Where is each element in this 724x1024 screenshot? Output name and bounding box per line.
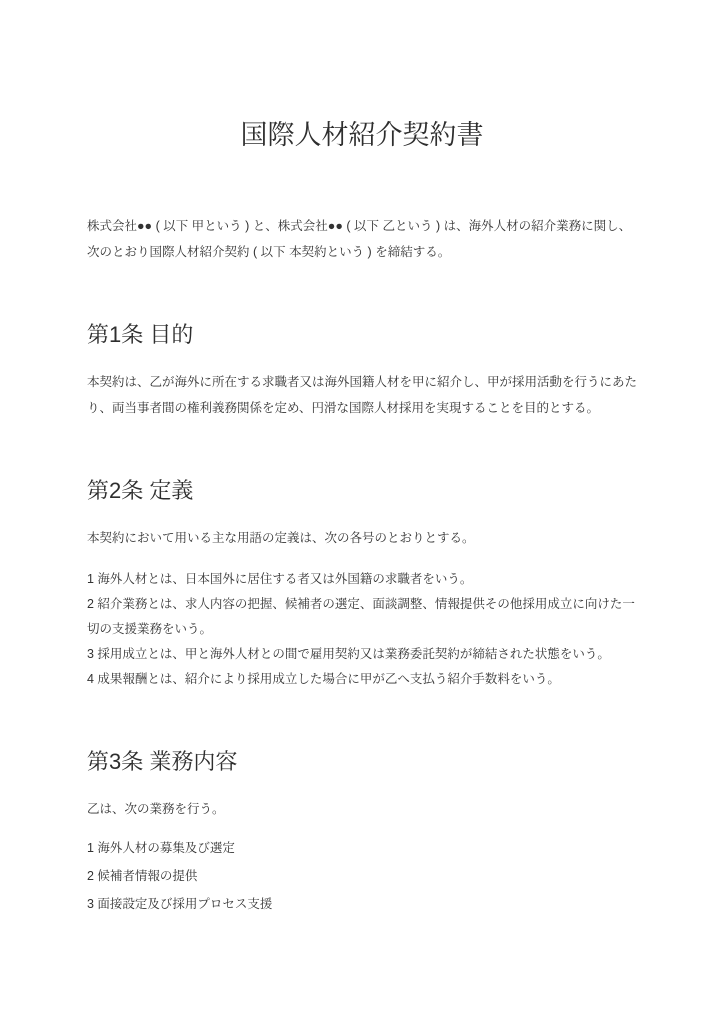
definition-item-1: 1 海外人材とは、日本国外に居住する者又は外国籍の求職者をいう。 [87,567,637,592]
services-list: 1 海外人材の募集及び選定 2 候補者情報の提供 3 面接設定及び採用プロセス支… [87,836,637,917]
preamble-paragraph: 株式会社●● ( 以下 甲という ) と、株式会社●● ( 以下 乙という ) … [87,213,637,265]
document-title: 国際人材紹介契約書 [87,117,637,153]
service-item-3: 3 面接設定及び採用プロセス支援 [87,892,637,917]
definition-item-3: 3 採用成立とは、甲と海外人材との間で雇用契約又は業務委託契約が締結された状態を… [87,642,637,667]
definitions-list: 1 海外人材とは、日本国外に居住する者又は外国籍の求職者をいう。 2 紹介業務と… [87,567,637,692]
article-1-heading: 第1条 目的 [87,321,637,349]
article-1-section: 第1条 目的 本契約は、乙が海外に所在する求職者又は海外国籍人材を甲に紹介し、甲… [87,321,637,421]
document-page: 国際人材紹介契約書 株式会社●● ( 以下 甲という ) と、株式会社●● ( … [0,0,724,1024]
article-3-heading: 第3条 業務内容 [87,748,637,776]
article-3-body: 乙は、次の業務を行う。 [87,796,637,822]
article-3-section: 第3条 業務内容 乙は、次の業務を行う。 1 海外人材の募集及び選定 2 候補者… [87,748,637,917]
definition-item-2: 2 紹介業務とは、求人内容の把握、候補者の選定、面談調整、情報提供その他採用成立… [87,592,637,642]
service-item-1: 1 海外人材の募集及び選定 [87,836,637,861]
article-2-heading: 第2条 定義 [87,477,637,505]
article-2-body: 本契約において用いる主な用語の定義は、次の各号のとおりとする。 [87,525,637,551]
service-item-2: 2 候補者情報の提供 [87,864,637,889]
article-1-body: 本契約は、乙が海外に所在する求職者又は海外国籍人材を甲に紹介し、甲が採用活動を行… [87,369,637,421]
definition-item-4: 4 成果報酬とは、紹介により採用成立した場合に甲が乙へ支払う紹介手数料をいう。 [87,667,637,692]
article-2-section: 第2条 定義 本契約において用いる主な用語の定義は、次の各号のとおりとする。 1… [87,477,637,692]
document-content: 国際人材紹介契約書 株式会社●● ( 以下 甲という ) と、株式会社●● ( … [0,117,724,917]
